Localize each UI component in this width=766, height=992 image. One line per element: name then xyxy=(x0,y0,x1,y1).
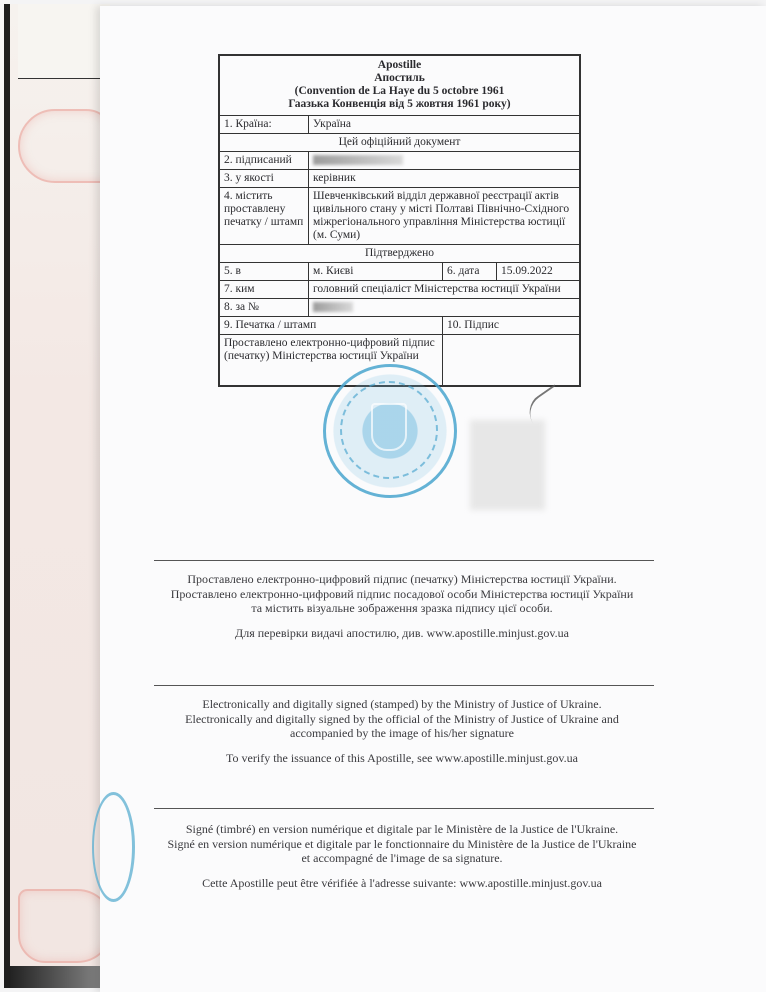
trident-icon xyxy=(371,403,407,451)
divider xyxy=(154,808,654,809)
row-stamp-signature-labels: 9. Печатка / штамп10. Підпис xyxy=(220,316,579,334)
row-capacity: 3. у якостікерівник xyxy=(220,169,579,187)
partial-seal-icon xyxy=(92,792,135,902)
row-seal: 4. містить проставлену печатку / штампШе… xyxy=(220,187,579,244)
redacted-name xyxy=(313,155,403,165)
note-english: Electronically and digitally signed (sta… xyxy=(150,697,654,765)
note-french: Signé (timbré) en version numérique et d… xyxy=(150,822,654,890)
apostille-title: Apostille Апостиль (Convention de La Hay… xyxy=(220,56,579,115)
row-by: 7. кимголовний спеціаліст Міністерства ю… xyxy=(220,280,579,298)
divider xyxy=(154,560,654,561)
row-country: 1. Країна:Україна xyxy=(220,115,579,133)
redacted-signature xyxy=(470,420,545,510)
apostille-table: Apostille Апостиль (Convention de La Hay… xyxy=(218,54,581,387)
this-document-heading: Цей офіційний документ xyxy=(220,134,579,151)
divider xyxy=(154,685,654,686)
row-number: 8. за № xyxy=(220,298,579,316)
note-ukrainian: Проставлено електронно-цифровий підпис (… xyxy=(150,572,654,640)
ministry-seal-icon xyxy=(323,364,457,498)
redacted-number xyxy=(313,302,353,312)
row-place-date: 5. в м. Києві 6. дата 15.09.2022 xyxy=(220,262,579,280)
certified-heading: Підтверджено xyxy=(220,245,579,262)
scan-edge-shadow xyxy=(10,966,110,988)
certificate-header-band xyxy=(18,4,110,79)
row-signed-by: 2. підписаний xyxy=(220,151,579,169)
